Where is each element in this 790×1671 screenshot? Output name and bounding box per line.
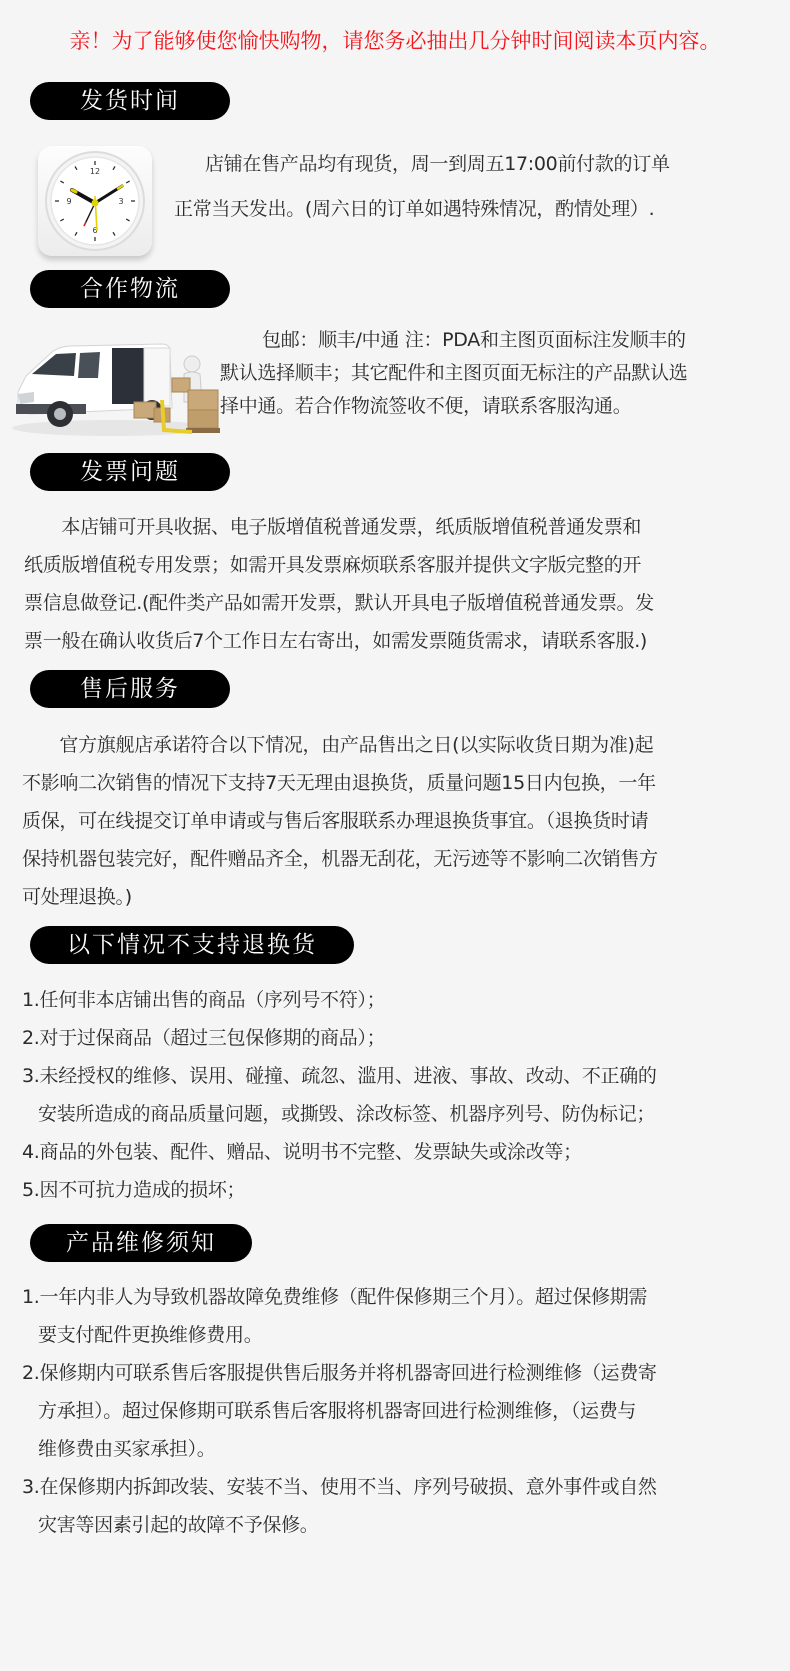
after-sales-text-line: 不影响二次销售的情况下支持7天无理由退换货，质量问题15日内包换，一年: [22, 764, 772, 802]
notice-headline: 亲！为了能够使您愉快购物，请您务必抽出几分钟时间阅读本页内容。: [0, 24, 790, 58]
invoice-text-line: 票信息做登记.(配件类产品如需开发票，默认开具电子版增值税普通发票。发: [24, 584, 774, 622]
delivery-van-icon: [12, 330, 227, 440]
section-header-repair-notice: 产品维修须知: [30, 1224, 252, 1262]
list-item: 3.在保修期内拆卸改装、安装不当、使用不当、序列号破损、意外事件或自然: [22, 1468, 782, 1506]
svg-text:12: 12: [90, 167, 100, 176]
after-sales-paragraph: 官方旗舰店承诺符合以下情况，由产品售出之日(以实际收货日期为准)起 不影响二次销…: [22, 726, 772, 916]
logistics-text-line: 默认选择顺丰；其它配件和主图页面无标注的产品默认选: [220, 356, 688, 390]
invoice-text-line: 票一般在确认收货后7个工作日左右寄出，如需发票随货需求，请联系客服.): [24, 622, 774, 660]
list-item-continuation: 要支付配件更换维修费用。: [22, 1316, 782, 1354]
list-item: 3.未经授权的维修、误用、碰撞、疏忽、滥用、进液、事故、改动、不正确的: [22, 1057, 782, 1095]
shipping-text-line: 店铺在售产品均有现货，周一到周五17:00前付款的订单: [205, 147, 670, 181]
list-item: 1.一年内非人为导致机器故障免费维修（配件保修期三个月）。超过保修期需: [22, 1278, 782, 1316]
after-sales-text-line: 保持机器包装完好，配件赠品齐全，机器无刮花，无污迹等不影响二次销售方: [22, 840, 772, 878]
svg-text:3: 3: [118, 197, 123, 206]
list-item-continuation: 维修费由买家承担）。: [22, 1430, 782, 1468]
list-item: 1.任何非本店铺出售的商品（序列号不符）；: [22, 981, 782, 1019]
list-item: 4.商品的外包装、配件、赠品、说明书不完整、发票缺失或涂改等；: [22, 1133, 782, 1171]
invoice-paragraph: 本店铺可开具收据、电子版增值税普通发票，纸质版增值税普通发票和 纸质版增值税专用…: [24, 508, 774, 660]
after-sales-text-line: 质保，可在线提交订单申请或与售后客服联系办理退换货事宜。（退换货时请: [22, 802, 772, 840]
after-sales-text-line: 官方旗舰店承诺符合以下情况，由产品售出之日(以实际收货日期为准)起: [22, 726, 772, 764]
invoice-text-line: 本店铺可开具收据、电子版增值税普通发票，纸质版增值税普通发票和: [24, 508, 774, 546]
list-item: 2.对于过保商品（超过三包保修期的商品）；: [22, 1019, 782, 1057]
section-header-shipping-time: 发货时间: [30, 82, 230, 120]
logistics-text-line: 择中通。若合作物流签收不便，请联系客服沟通。: [220, 389, 631, 423]
section-header-logistics: 合作物流: [30, 270, 230, 308]
section-header-no-return-cases: 以下情况不支持退换货: [30, 926, 354, 964]
list-item-continuation: 灾害等因素引起的故障不予保修。: [22, 1506, 782, 1544]
section-header-invoice: 发票问题: [30, 453, 230, 491]
shipping-text-line: 正常当天发出。(周六日的订单如遇特殊情况，酌情处理）.: [174, 192, 654, 226]
list-item-continuation: 方承担）。超过保修期可联系售后客服将机器寄回进行检测维修，（运费与: [22, 1392, 782, 1430]
list-item: 5.因不可抗力造成的损坏；: [22, 1171, 782, 1209]
list-item: 2.保修期内可联系售后客服提供售后服务并将机器寄回进行检测维修（运费寄: [22, 1354, 782, 1392]
logistics-text-line: 包邮：顺丰/中通 注：PDA和主图页面标注发顺丰的: [262, 323, 686, 357]
invoice-text-line: 纸质版增值税专用发票；如需开具发票麻烦联系客服并提供文字版完整的开: [24, 546, 774, 584]
alarm-clock-icon: 12 3 6 9: [38, 146, 152, 256]
section-header-after-sales: 售后服务: [30, 670, 230, 708]
svg-text:9: 9: [66, 197, 71, 206]
after-sales-text-line: 可处理退换。): [22, 878, 772, 916]
list-item-continuation: 安装所造成的商品质量问题，或撕毁、涂改标签、机器序列号、防伪标记；: [22, 1095, 782, 1133]
repair-notice-list: 1.一年内非人为导致机器故障免费维修（配件保修期三个月）。超过保修期需 要支付配…: [22, 1278, 782, 1544]
no-return-list: 1.任何非本店铺出售的商品（序列号不符）； 2.对于过保商品（超过三包保修期的商…: [22, 981, 782, 1209]
